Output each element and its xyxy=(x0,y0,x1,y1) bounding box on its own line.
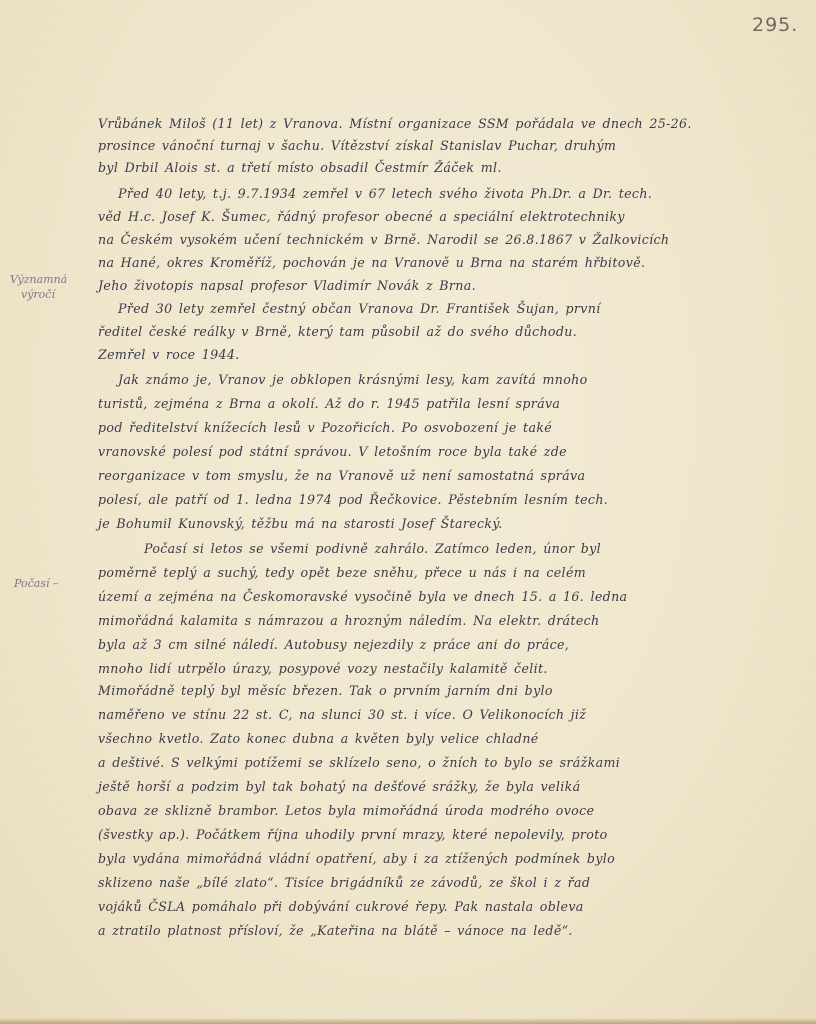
text-line: vranovské polesí pod státní správou. V l… xyxy=(98,444,567,459)
text-line: Počasí si letos se všemi podivně zahrálo… xyxy=(144,541,601,556)
text-line: Před 40 lety, t.j. 9.7.1934 zemřel v 67 … xyxy=(118,186,652,201)
text-line: Vrůbánek Miloš (11 let) z Vranova. Místn… xyxy=(98,116,692,131)
text-line: reorganizace v tom smyslu, že na Vranově… xyxy=(98,468,585,483)
text-line: věd H.c. Josef K. Šumec, řádný profesor … xyxy=(98,209,625,224)
text-line: sklizeno naše „bílé zlato“. Tisíce brigá… xyxy=(98,875,590,890)
text-line: prosince vánoční turnaj v šachu. Vítězst… xyxy=(98,138,616,153)
margin-note-anniversaries-line2: výročí xyxy=(10,287,66,302)
chronicle-page: 295. Významná výročí Počasí – Vrůbánek M… xyxy=(0,0,816,1024)
text-line: na Hané, okres Kroměříž, pochován je na … xyxy=(98,255,645,270)
margin-note-anniversaries-line1: Významná xyxy=(10,272,66,287)
text-line: poměrně teplý a suchý, tedy opět beze sn… xyxy=(98,565,586,580)
text-line: Jeho životopis napsal profesor Vladimír … xyxy=(98,278,476,293)
text-line: je Bohumil Kunovský, těžbu má na starost… xyxy=(98,516,503,531)
margin-note-weather: Počasí – xyxy=(14,576,78,591)
text-line: území a zejména na Českomoravské vysočin… xyxy=(98,589,627,604)
text-line: obava ze sklizně brambor. Letos byla mim… xyxy=(98,803,594,818)
text-line: ředitel české reálky v Brně, který tam p… xyxy=(98,324,577,339)
text-line: polesí, ale patří od 1. ledna 1974 pod Ř… xyxy=(98,492,608,507)
text-line: byl Drbil Alois st. a třetí místo obsadi… xyxy=(98,160,502,175)
text-line: turistů, zejména z Brna a okolí. Až do r… xyxy=(98,396,560,411)
text-line: a deštivé. S velkými potížemi se sklízel… xyxy=(98,755,620,770)
margin-note-anniversaries: Významná výročí xyxy=(10,272,66,302)
text-line: pod ředitelství knížecích lesů v Pozořic… xyxy=(98,420,552,435)
text-line: na Českém vysokém učení technickém v Brn… xyxy=(98,232,669,247)
text-line: Jak známo je, Vranov je obklopen krásným… xyxy=(118,372,588,387)
text-line: Mimořádně teplý byl měsíc březen. Tak o … xyxy=(98,683,553,698)
text-line: ještě horší a podzim byl tak bohatý na d… xyxy=(98,779,580,794)
text-line: mimořádná kalamita s námrazou a hrozným … xyxy=(98,613,600,628)
text-line: a ztratilo platnost přísloví, že „Kateři… xyxy=(98,923,573,938)
text-line: všechno kvetlo. Zato konec dubna a květe… xyxy=(98,731,539,746)
text-line: mnoho lidí utrpělo úrazy, posypové vozy … xyxy=(98,661,548,676)
text-line: Zemřel v roce 1944. xyxy=(98,347,240,362)
text-line: Před 30 lety zemřel čestný občan Vranova… xyxy=(118,301,601,316)
text-line: vojáků ČSLA pomáhalo při dobývání cukrov… xyxy=(98,899,584,914)
text-line: naměřeno ve stínu 22 st. C, na slunci 30… xyxy=(98,707,586,722)
text-line: (švestky ap.). Počátkem října uhodily pr… xyxy=(98,827,608,842)
text-line: byla až 3 cm silné náledí. Autobusy neje… xyxy=(98,637,569,652)
text-line: byla vydána mimořádná vládní opatření, a… xyxy=(98,851,615,866)
page-number: 295. xyxy=(752,14,798,36)
